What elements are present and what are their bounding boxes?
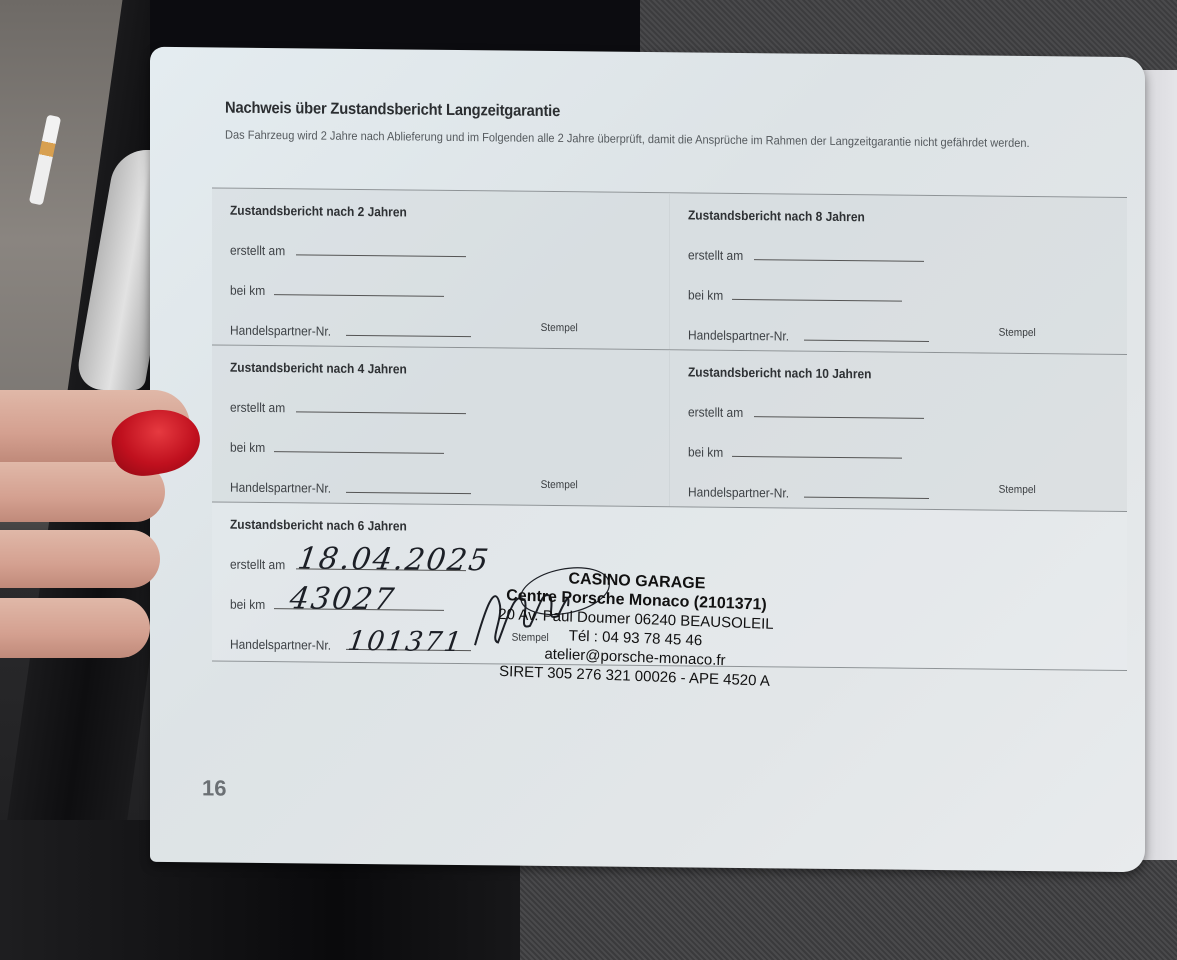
date-field[interactable]: erstellt am bbox=[688, 401, 1117, 423]
partner-label: Handelspartner-Nr. bbox=[230, 480, 331, 496]
report-2-years: Zustandsbericht nach 2 Jahren erstellt a… bbox=[212, 188, 669, 349]
partner-line bbox=[346, 492, 471, 494]
partner-label: Handelspartner-Nr. bbox=[688, 484, 789, 500]
km-line bbox=[274, 294, 444, 297]
km-label: bei km bbox=[230, 597, 265, 612]
km-field[interactable]: bei km bbox=[688, 441, 1117, 463]
date-line bbox=[754, 416, 924, 419]
date-line bbox=[754, 259, 924, 262]
partner-line bbox=[804, 497, 929, 499]
km-field[interactable]: bei km bbox=[230, 437, 659, 459]
report-title: Zustandsbericht nach 8 Jahren bbox=[688, 207, 1083, 226]
dealer-stamp: CASINO GARAGE Centre Porsche Monaco (210… bbox=[497, 567, 775, 691]
km-field[interactable]: bei km bbox=[230, 280, 659, 302]
date-field[interactable]: erstellt am bbox=[230, 240, 659, 262]
stamp-label: Stempel bbox=[540, 322, 577, 334]
page-title: Nachweis über Zustandsbericht Langzeitga… bbox=[225, 100, 1053, 127]
km-field[interactable]: bei km bbox=[688, 284, 1117, 306]
page-subtitle: Das Fahrzeug wird 2 Jahre nach Ablieferu… bbox=[225, 124, 1127, 155]
stamp-label: Stempel bbox=[998, 484, 1035, 496]
report-row: Zustandsbericht nach 4 Jahren erstellt a… bbox=[212, 344, 1127, 511]
km-line bbox=[732, 456, 902, 459]
date-line bbox=[296, 411, 466, 414]
partner-label: Handelspartner-Nr. bbox=[230, 323, 331, 339]
partner-field[interactable]: Handelspartner-Nr. bbox=[230, 320, 659, 342]
partner-line bbox=[346, 335, 471, 337]
hand-finger bbox=[0, 598, 150, 658]
partner-label: Handelspartner-Nr. bbox=[230, 637, 331, 653]
handwritten-date: 18.04.2025 bbox=[296, 541, 493, 578]
date-line bbox=[296, 254, 466, 257]
km-label: bei km bbox=[230, 283, 265, 298]
date-field[interactable]: erstellt am bbox=[688, 244, 1117, 266]
report-title: Zustandsbericht nach 4 Jahren bbox=[230, 360, 625, 379]
booklet-page: Nachweis über Zustandsbericht Langzeitga… bbox=[150, 47, 1145, 872]
report-title: Zustandsbericht nach 10 Jahren bbox=[688, 364, 1083, 383]
report-title: Zustandsbericht nach 6 Jahren bbox=[230, 517, 1046, 541]
date-label: erstellt am bbox=[230, 243, 285, 259]
partner-line bbox=[804, 340, 929, 342]
km-label: bei km bbox=[688, 287, 723, 302]
report-8-years: Zustandsbericht nach 8 Jahren erstellt a… bbox=[669, 193, 1127, 354]
km-label: bei km bbox=[230, 440, 265, 455]
date-label: erstellt am bbox=[688, 247, 743, 263]
stamp-label: Stempel bbox=[540, 479, 577, 491]
page-header: Nachweis über Zustandsbericht Langzeitga… bbox=[225, 100, 1125, 155]
page-number: 16 bbox=[202, 775, 226, 801]
handwritten-km: 43027 bbox=[288, 581, 398, 617]
partner-label: Handelspartner-Nr. bbox=[688, 327, 789, 343]
partner-field[interactable]: Handelspartner-Nr. bbox=[688, 324, 1117, 346]
km-line bbox=[732, 299, 902, 302]
report-4-years: Zustandsbericht nach 4 Jahren erstellt a… bbox=[212, 345, 669, 506]
km-line bbox=[274, 451, 444, 454]
km-label: bei km bbox=[688, 444, 723, 459]
partner-field[interactable]: Handelspartner-Nr. bbox=[688, 481, 1117, 503]
hand-finger bbox=[0, 530, 160, 588]
report-row: Zustandsbericht nach 2 Jahren erstellt a… bbox=[212, 187, 1127, 354]
date-field[interactable]: erstellt am bbox=[230, 397, 659, 419]
stamp-label: Stempel bbox=[998, 327, 1035, 339]
date-label: erstellt am bbox=[230, 400, 285, 416]
date-label: erstellt am bbox=[688, 404, 743, 420]
handwritten-partner-number: 101371 bbox=[346, 626, 465, 658]
partner-field[interactable]: Handelspartner-Nr. bbox=[230, 477, 659, 499]
report-title: Zustandsbericht nach 2 Jahren bbox=[230, 203, 625, 222]
date-label: erstellt am bbox=[230, 557, 285, 573]
report-10-years: Zustandsbericht nach 10 Jahren erstellt … bbox=[669, 350, 1127, 511]
